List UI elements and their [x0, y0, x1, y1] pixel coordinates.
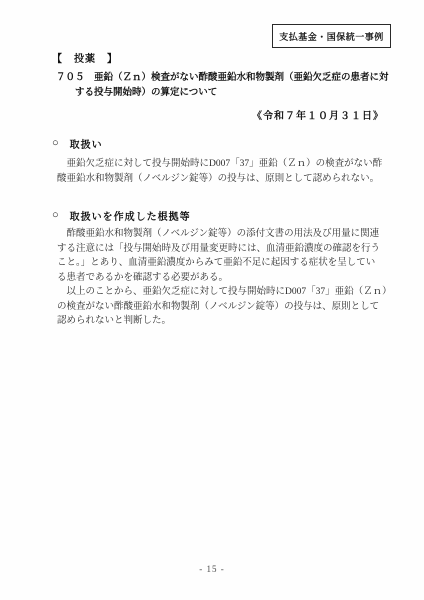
section-body-handling: 亜鉛欠乏症に対して投与開始時にD007「37」亜鉛（Ｚｎ）の検査がない酢 酸亜鉛… [57, 157, 387, 186]
document-page: 支払基金・国保統一事例 【 投薬 】 ７０５ 亜鉛（Ｚｎ）検査がない酢酸亜鉛水和… [0, 0, 424, 600]
section-heading-text: 取扱いを作成した根拠等 [70, 208, 191, 223]
page-number: - 15 - [0, 564, 424, 574]
section-body-rationale: 酢酸亜鉛水和物製剤（ノベルジン錠等）の添付文書の用法及び用量に関連 する注意には… [57, 227, 387, 329]
section-heading-rationale: ○ 取扱いを作成した根拠等 [52, 208, 191, 223]
issue-date: 《令和７年１０月３１日》 [252, 107, 384, 122]
document-title-line-2: する投与開始時）の算定について [56, 85, 389, 100]
section-heading-text: 取扱い [70, 136, 103, 151]
document-title-line-1: ７０５ 亜鉛（Ｚｎ）検査がない酢酸亜鉛水和物製剤（亜鉛欠乏症の患者に対 [56, 70, 389, 85]
section-heading-handling: ○ 取扱い [52, 136, 103, 151]
circle-marker-icon: ○ [52, 138, 59, 149]
circle-marker-icon: ○ [52, 210, 59, 221]
category-label: 【 投薬 】 [52, 50, 118, 65]
classification-badge: 支払基金・国保統一事例 [272, 24, 391, 48]
document-title: ７０５ 亜鉛（Ｚｎ）検査がない酢酸亜鉛水和物製剤（亜鉛欠乏症の患者に対 する投与… [56, 70, 389, 100]
